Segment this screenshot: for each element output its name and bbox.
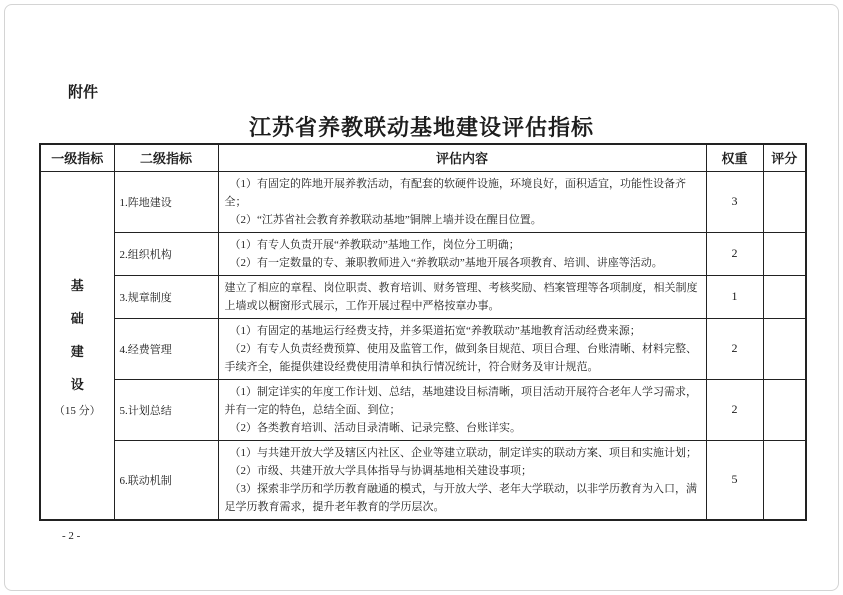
evaluation-content-cell: （1）有专人负责开展“养教联动”基地工作，岗位分工明确；（2）有一定数量的专、兼… [218,232,706,275]
evaluation-content-item: （2）各类教育培训、活动目录清晰、记录完整、台账详实。 [225,419,702,437]
evaluation-content-cell: （1）有固定的阵地开展养教活动，有配套的软硬件设施，环境良好，面积适宜，功能性设… [218,171,706,232]
evaluation-content-cell: （1）与共建开放大学及辖区内社区、企业等建立联动，制定详实的联动方案、项目和实施… [218,440,706,520]
level1-indicator-char: 基 [41,269,114,302]
weight-value: 2 [706,232,763,275]
evaluation-table-body: 基础建设（15 分）1.阵地建设（1）有固定的阵地开展养教活动，有配套的软硬件设… [40,171,806,520]
evaluation-content-cell: 建立了相应的章程、岗位职责、教育培训、财务管理、考核奖励、档案管理等各项制度，相… [218,275,706,318]
table-row: 基础建设（15 分）1.阵地建设（1）有固定的阵地开展养教活动，有配套的软硬件设… [40,171,806,232]
evaluation-content-item: 建立了相应的章程、岗位职责、教育培训、财务管理、考核奖励、档案管理等各项制度，相… [225,279,702,315]
table-row: 2.组织机构（1）有专人负责开展“养教联动”基地工作，岗位分工明确；（2）有一定… [40,232,806,275]
weight-value: 2 [706,379,763,440]
evaluation-content-item: （1）有固定的阵地开展养教活动，有配套的软硬件设施，环境良好，面积适宜，功能性设… [225,175,702,211]
table-row: 4.经费管理（1）有固定的基地运行经费支持，并多渠道拓宽“养教联动”基地教育活动… [40,318,806,379]
score-cell [763,232,806,275]
evaluation-content-cell: （1）制定详实的年度工作计划、总结，基地建设目标清晰，项目活动开展符合老年人学习… [218,379,706,440]
score-cell [763,171,806,232]
weight-value: 3 [706,171,763,232]
header-score: 评分 [763,144,806,171]
page-number: - 2 - [62,530,80,542]
evaluation-content-item: （2）有一定数量的专、兼职教师进入“养教联动”基地开展各项教育、培训、讲座等活动… [225,254,702,272]
evaluation-content-item: （2）“江苏省社会教育养教联动基地”铜牌上墙并设在醒目位置。 [225,211,702,229]
header-evaluation-content: 评估内容 [218,144,706,171]
page-title: 江苏省养教联动基地建设评估指标 [0,111,843,142]
evaluation-content-cell: （1）有固定的基地运行经费支持，并多渠道拓宽“养教联动”基地教育活动经费来源；（… [218,318,706,379]
header-weight: 权重 [706,144,763,171]
level2-indicator-label: 3.规章制度 [114,275,218,318]
weight-value: 2 [706,318,763,379]
level2-indicator-label: 5.计划总结 [114,379,218,440]
level1-indicator-cell: 基础建设（15 分） [40,171,114,520]
level1-indicator-char: 建 [41,335,114,368]
evaluation-content-item: （1）有固定的基地运行经费支持，并多渠道拓宽“养教联动”基地教育活动经费来源； [225,322,702,340]
evaluation-table: 一级指标 二级指标 评估内容 权重 评分 基础建设（15 分）1.阵地建设（1）… [39,143,807,521]
score-cell [763,379,806,440]
level1-indicator-char: 设 [41,368,114,401]
header-level1-indicator: 一级指标 [40,144,114,171]
attachment-label: 附件 [68,81,98,102]
evaluation-content-item: （2）有专人负责经费预算、使用及监管工作，做到条目规范、项目合理、台账清晰、材料… [225,340,702,376]
header-level2-indicator: 二级指标 [114,144,218,171]
evaluation-content-item: （3）探索非学历和学历教育融通的模式，与开放大学、老年大学联动，以非学历教育为入… [225,480,702,516]
table-row: 6.联动机制（1）与共建开放大学及辖区内社区、企业等建立联动，制定详实的联动方案… [40,440,806,520]
level1-indicator-char: 础 [41,302,114,335]
weight-value: 1 [706,275,763,318]
evaluation-content-item: （2）市级、共建开放大学具体指导与协调基地相关建设事项； [225,462,702,480]
level2-indicator-label: 4.经费管理 [114,318,218,379]
evaluation-content-item: （1）有专人负责开展“养教联动”基地工作，岗位分工明确； [225,236,702,254]
score-cell [763,440,806,520]
evaluation-content-item: （1）制定详实的年度工作计划、总结，基地建设目标清晰，项目活动开展符合老年人学习… [225,383,702,419]
level2-indicator-label: 1.阵地建设 [114,171,218,232]
level2-indicator-label: 2.组织机构 [114,232,218,275]
level2-indicator-label: 6.联动机制 [114,440,218,520]
score-cell [763,318,806,379]
score-cell [763,275,806,318]
table-row: 3.规章制度建立了相应的章程、岗位职责、教育培训、财务管理、考核奖励、档案管理等… [40,275,806,318]
evaluation-content-item: （1）与共建开放大学及辖区内社区、企业等建立联动，制定详实的联动方案、项目和实施… [225,444,702,462]
table-row: 5.计划总结（1）制定详实的年度工作计划、总结，基地建设目标清晰，项目活动开展符… [40,379,806,440]
table-header-row: 一级指标 二级指标 评估内容 权重 评分 [40,144,806,171]
weight-value: 5 [706,440,763,520]
level1-indicator-score-note: （15 分） [41,401,114,421]
